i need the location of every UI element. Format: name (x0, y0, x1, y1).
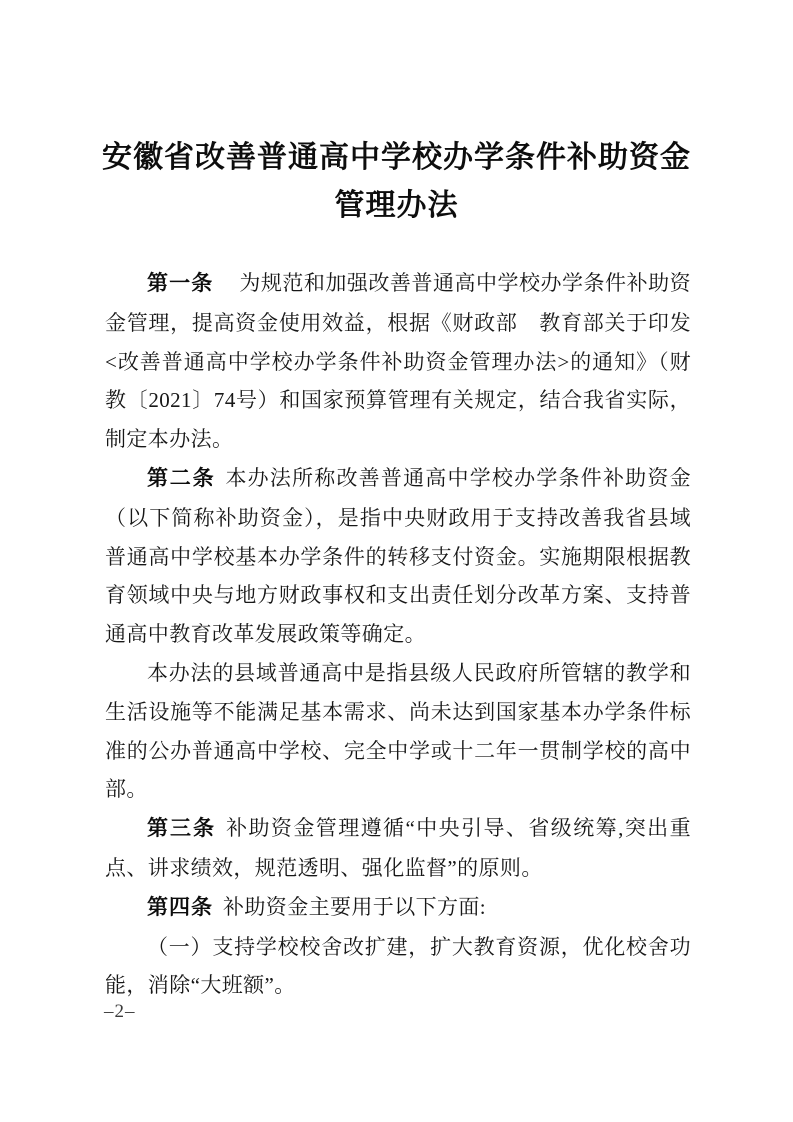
paragraph-article-4: 第四条补助资金主要用于以下方面: (105, 888, 691, 928)
article-3-number: 第三条 (147, 817, 216, 840)
article-1-text: 为规范和加强改善普通高中学校办学条件补助资金管理，提高资金使用效益，根据《财政部… (105, 271, 691, 451)
article-2-number: 第二条 (147, 467, 215, 490)
page-number: –2– (104, 1000, 136, 1024)
document-title: 安徽省改善普通高中学校办学条件补助资金 管理办法 (0, 134, 793, 230)
paragraph-article-3: 第三条补助资金管理遵循“中央引导、省级统筹,突出重点、讲求绩效，规范透明、强化监… (105, 809, 691, 888)
article-2-text: 本办法所称改善普通高中学校办学条件补助资金（以下简称补助资金），是指中央财政用于… (105, 466, 691, 646)
title-line-2: 管理办法 (0, 182, 793, 230)
title-line-1: 安徽省改善普通高中学校办学条件补助资金 (0, 134, 793, 182)
paragraph-item-1: （一）支持学校校舍改扩建，扩大教育资源，优化校舍功能，消除“大班额”。 (105, 928, 691, 1006)
document-body: 第一条为规范和加强改善普通高中学校办学条件补助资金管理，提高资金使用效益，根据《… (105, 264, 691, 1005)
document-page: 安徽省改善普通高中学校办学条件补助资金 管理办法 第一条为规范和加强改善普通高中… (0, 0, 793, 1122)
paragraph-article-1: 第一条为规范和加强改善普通高中学校办学条件补助资金管理，提高资金使用效益，根据《… (105, 264, 691, 459)
article-1-number: 第一条 (147, 272, 213, 295)
paragraph-article-2: 第二条本办法所称改善普通高中学校办学条件补助资金（以下简称补助资金），是指中央财… (105, 459, 691, 654)
item-1-text: （一）支持学校校舍改扩建，扩大教育资源，优化校舍功能，消除“大班额”。 (105, 935, 691, 998)
article-2-continued-text: 本办法的县域普通高中是指县级人民政府所管辖的教学和生活设施等不能满足基本需求、尚… (105, 661, 691, 801)
article-4-number: 第四条 (147, 896, 213, 919)
article-4-text: 补助资金主要用于以下方面: (223, 895, 486, 919)
paragraph-article-2-continued: 本办法的县域普通高中是指县级人民政府所管辖的教学和生活设施等不能满足基本需求、尚… (105, 654, 691, 809)
